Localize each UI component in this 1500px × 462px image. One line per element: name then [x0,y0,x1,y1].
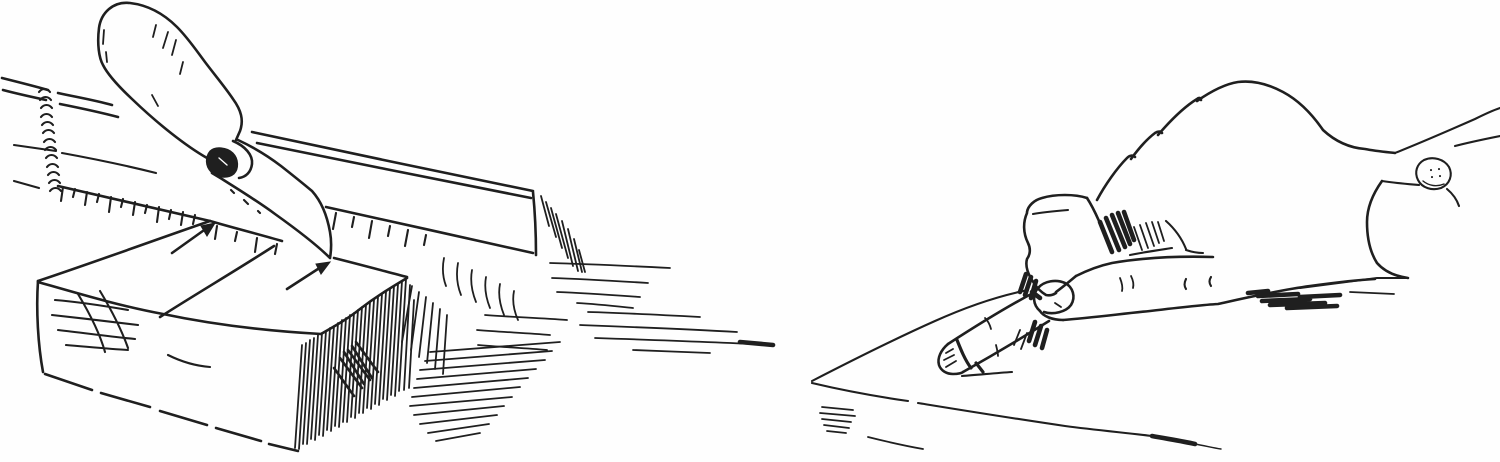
under-hand-shadow-dashes [1248,291,1340,308]
knuckle-dimples [1185,277,1212,289]
block-left-end-edge [38,221,210,281]
knife [98,3,331,258]
illustration-canvas [0,0,1500,462]
rule-stitched-end [39,89,61,191]
cuff-button [1416,158,1451,189]
rule-front-top-edge [3,90,531,198]
index-knuckle-underline [1033,210,1068,214]
figure-pencil-marking [812,82,1500,449]
corner-shadow-long-stroke [868,437,923,449]
hand [1020,82,1408,348]
board-near-edge-dark [1152,436,1195,444]
pencil-band-partial [985,318,998,356]
rule-end-cap [533,192,536,255]
block-left-vertical-edge [37,281,43,372]
cuff-button-holes [1431,169,1440,177]
wood-block [37,186,414,451]
pencil-end-shading [944,349,956,367]
block-front-top-edge [38,282,321,334]
rule-back-edge [2,78,533,191]
rule-mid-edge [14,145,156,188]
knife-handle-shading [103,25,183,106]
middle-finger-hatching [1134,222,1164,250]
shadow-band-tail [410,342,560,441]
shadow-band-main [477,312,772,353]
scribed-line [160,246,274,317]
rule-end-shading [541,196,585,272]
pointer-arrow-right [287,262,330,289]
pencil-point [976,363,983,372]
shadow-band-upper [550,263,670,308]
arrow-head [316,262,330,274]
cuff-bottom-left-edge [1382,181,1419,185]
corner-shadow-dashes [820,407,855,433]
thumb-top-edge [1076,257,1213,276]
figure-knife-marking [2,3,773,451]
sleeve-top-line [1395,108,1500,153]
block-grain-marks [52,291,210,367]
pencil-band [957,340,971,368]
rule-graduations-left [61,187,277,254]
under-rule-squiggles [443,258,518,320]
finger-shadow-dark-wedge [1100,212,1134,252]
shadow-dark-line-end [740,342,773,345]
index-knuckle-cap [1027,195,1087,212]
board-far-edge [812,278,1408,381]
end-grain-hatching [295,279,414,449]
thumbnail-shade [1055,303,1061,307]
arrow-shaft [287,267,321,289]
thumb-base-creases [1120,276,1133,291]
rule-bottom-right-edge [326,207,533,253]
sleeve-second-line [1455,136,1500,146]
board-near-edge [812,383,1152,436]
cuff-button-inner-arc [1423,181,1444,186]
back-of-hand-outline [1097,82,1395,200]
cuff-bottom-right-edge [1447,189,1459,206]
pencil-drawn-mark [962,372,1012,376]
illustration [0,0,1500,462]
board-near-edge-tail [1195,444,1221,449]
cuff [1382,108,1500,206]
arrow-head [201,223,215,236]
block-bottom-edge-dashed [45,374,298,451]
under-wrist-dash [1350,292,1394,294]
wrist-front-curve [1367,181,1408,278]
shadow-hatching-left-figure [402,258,773,441]
knife-handle [98,3,242,158]
index-finger-back-edge [1087,198,1099,221]
